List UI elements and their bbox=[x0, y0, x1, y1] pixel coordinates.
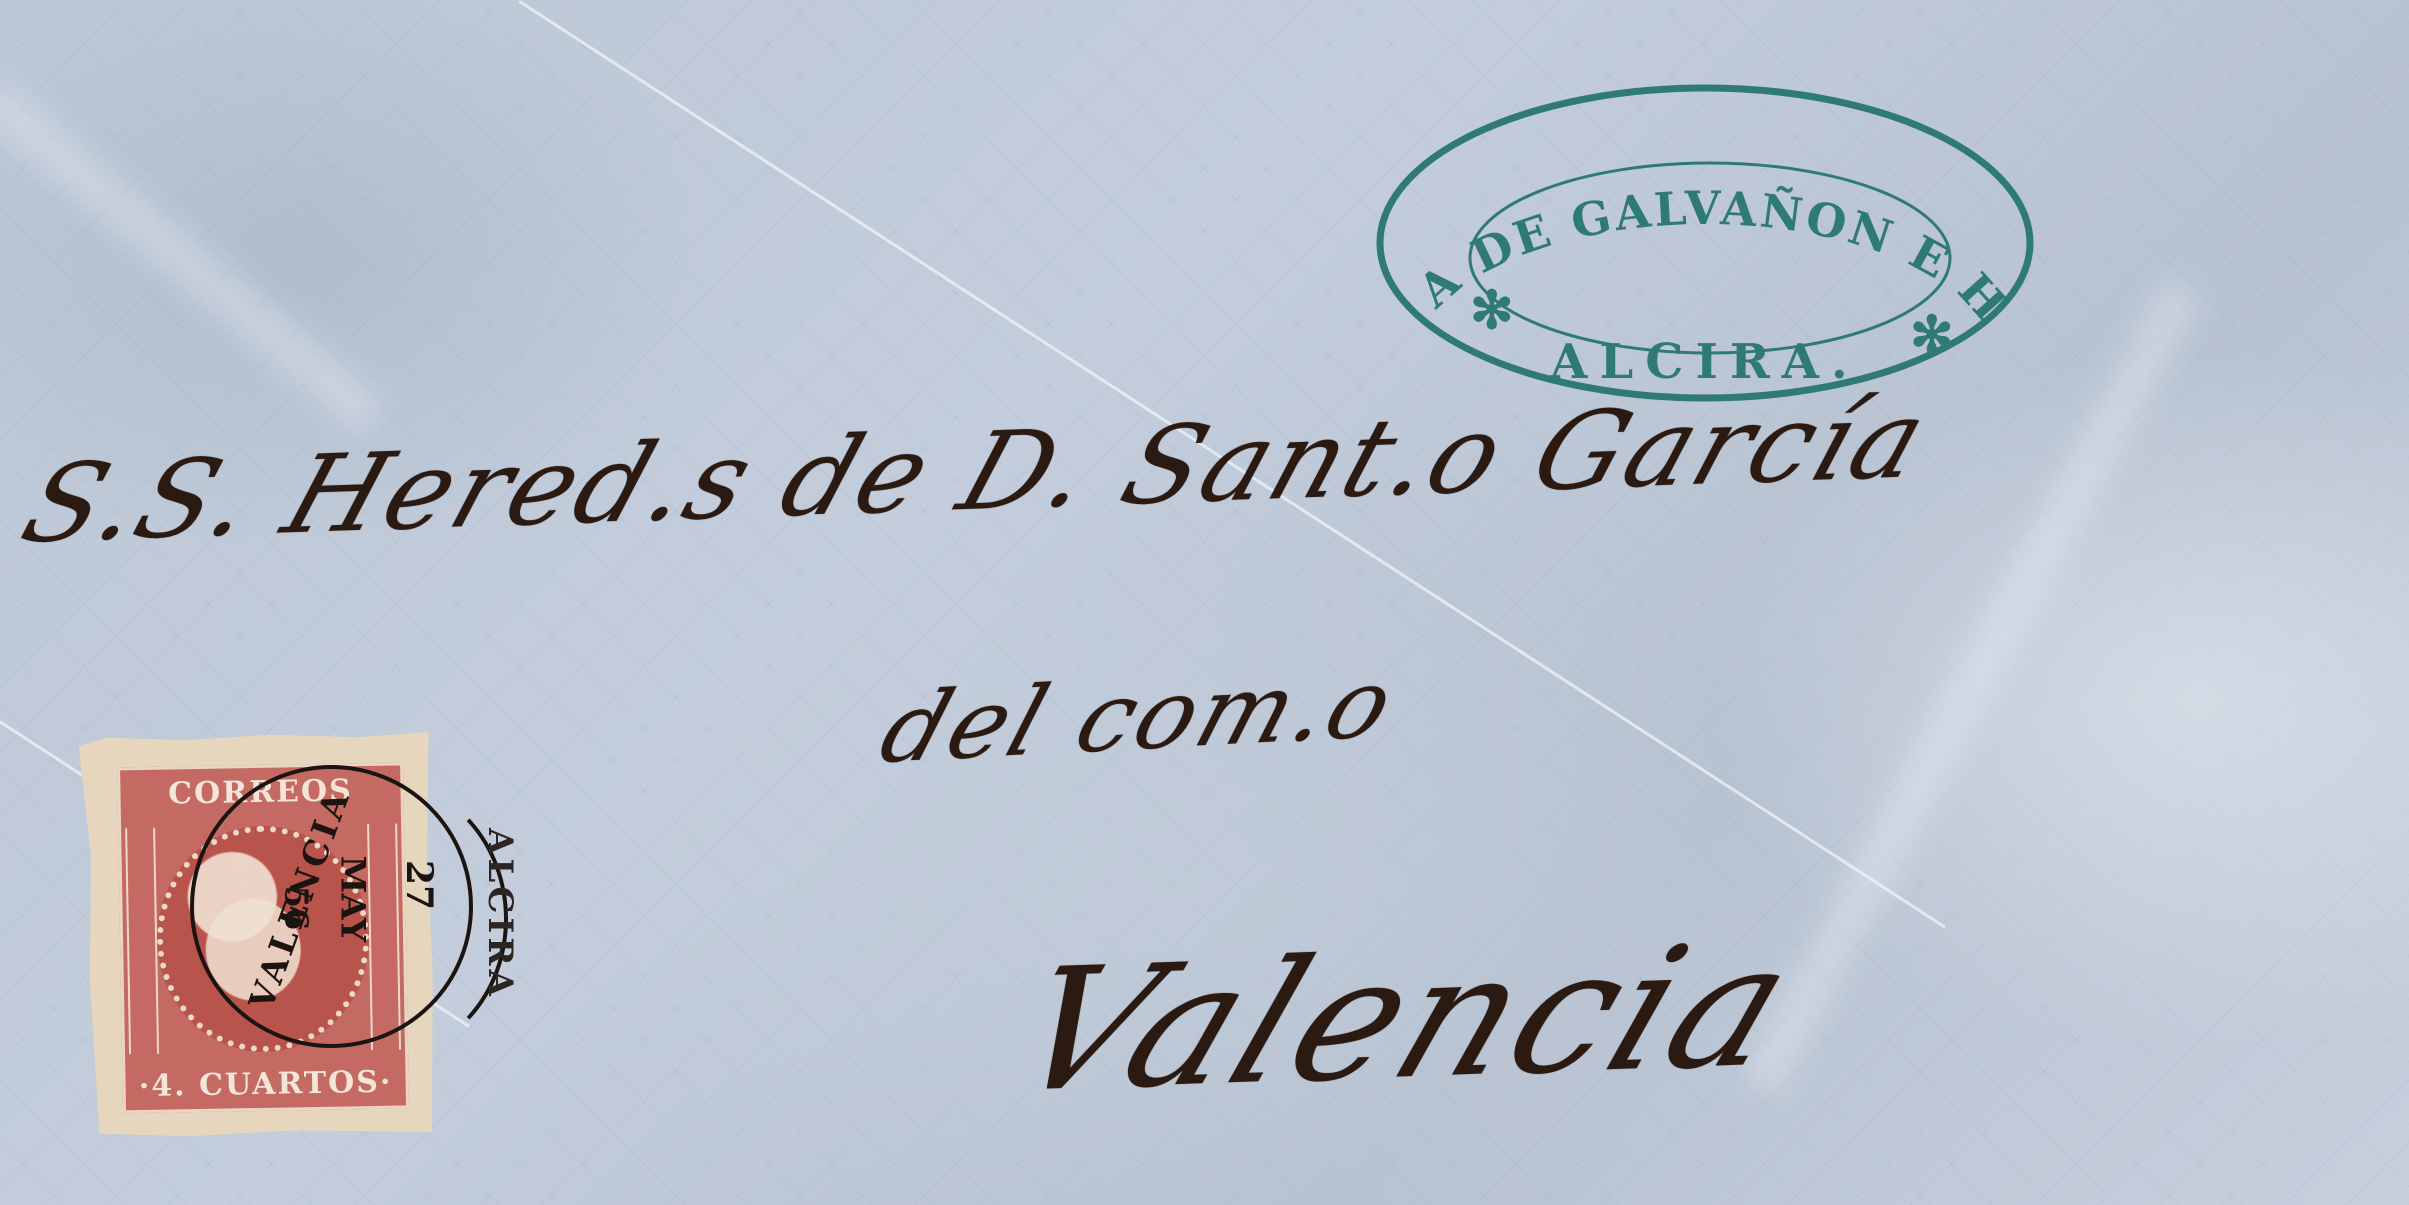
star-ornament-icon: ✻ bbox=[1910, 305, 1954, 366]
star-ornament-icon: ✻ bbox=[1470, 280, 1514, 341]
merchant-cachet: VIUDA DE GALVAÑON E HIJOS ALCIRA. ✻ ✻ bbox=[1365, 78, 2045, 408]
address-line-3: Valencia bbox=[988, 907, 1819, 1131]
alcira-datestamp: ALCIRA bbox=[260, 780, 508, 1058]
stamp-bottom-label: ·4. CUARTOS· bbox=[125, 1061, 406, 1106]
cachet-oval: VIUDA DE GALVAÑON E HIJOS ALCIRA. ✻ ✻ bbox=[1365, 78, 2045, 408]
postmark-town: ALCIRA bbox=[480, 828, 520, 1000]
stamp-side-ornament bbox=[125, 828, 159, 1054]
cachet-top-text: VIUDA DE GALVAÑON E HIJOS bbox=[1343, 35, 2018, 333]
